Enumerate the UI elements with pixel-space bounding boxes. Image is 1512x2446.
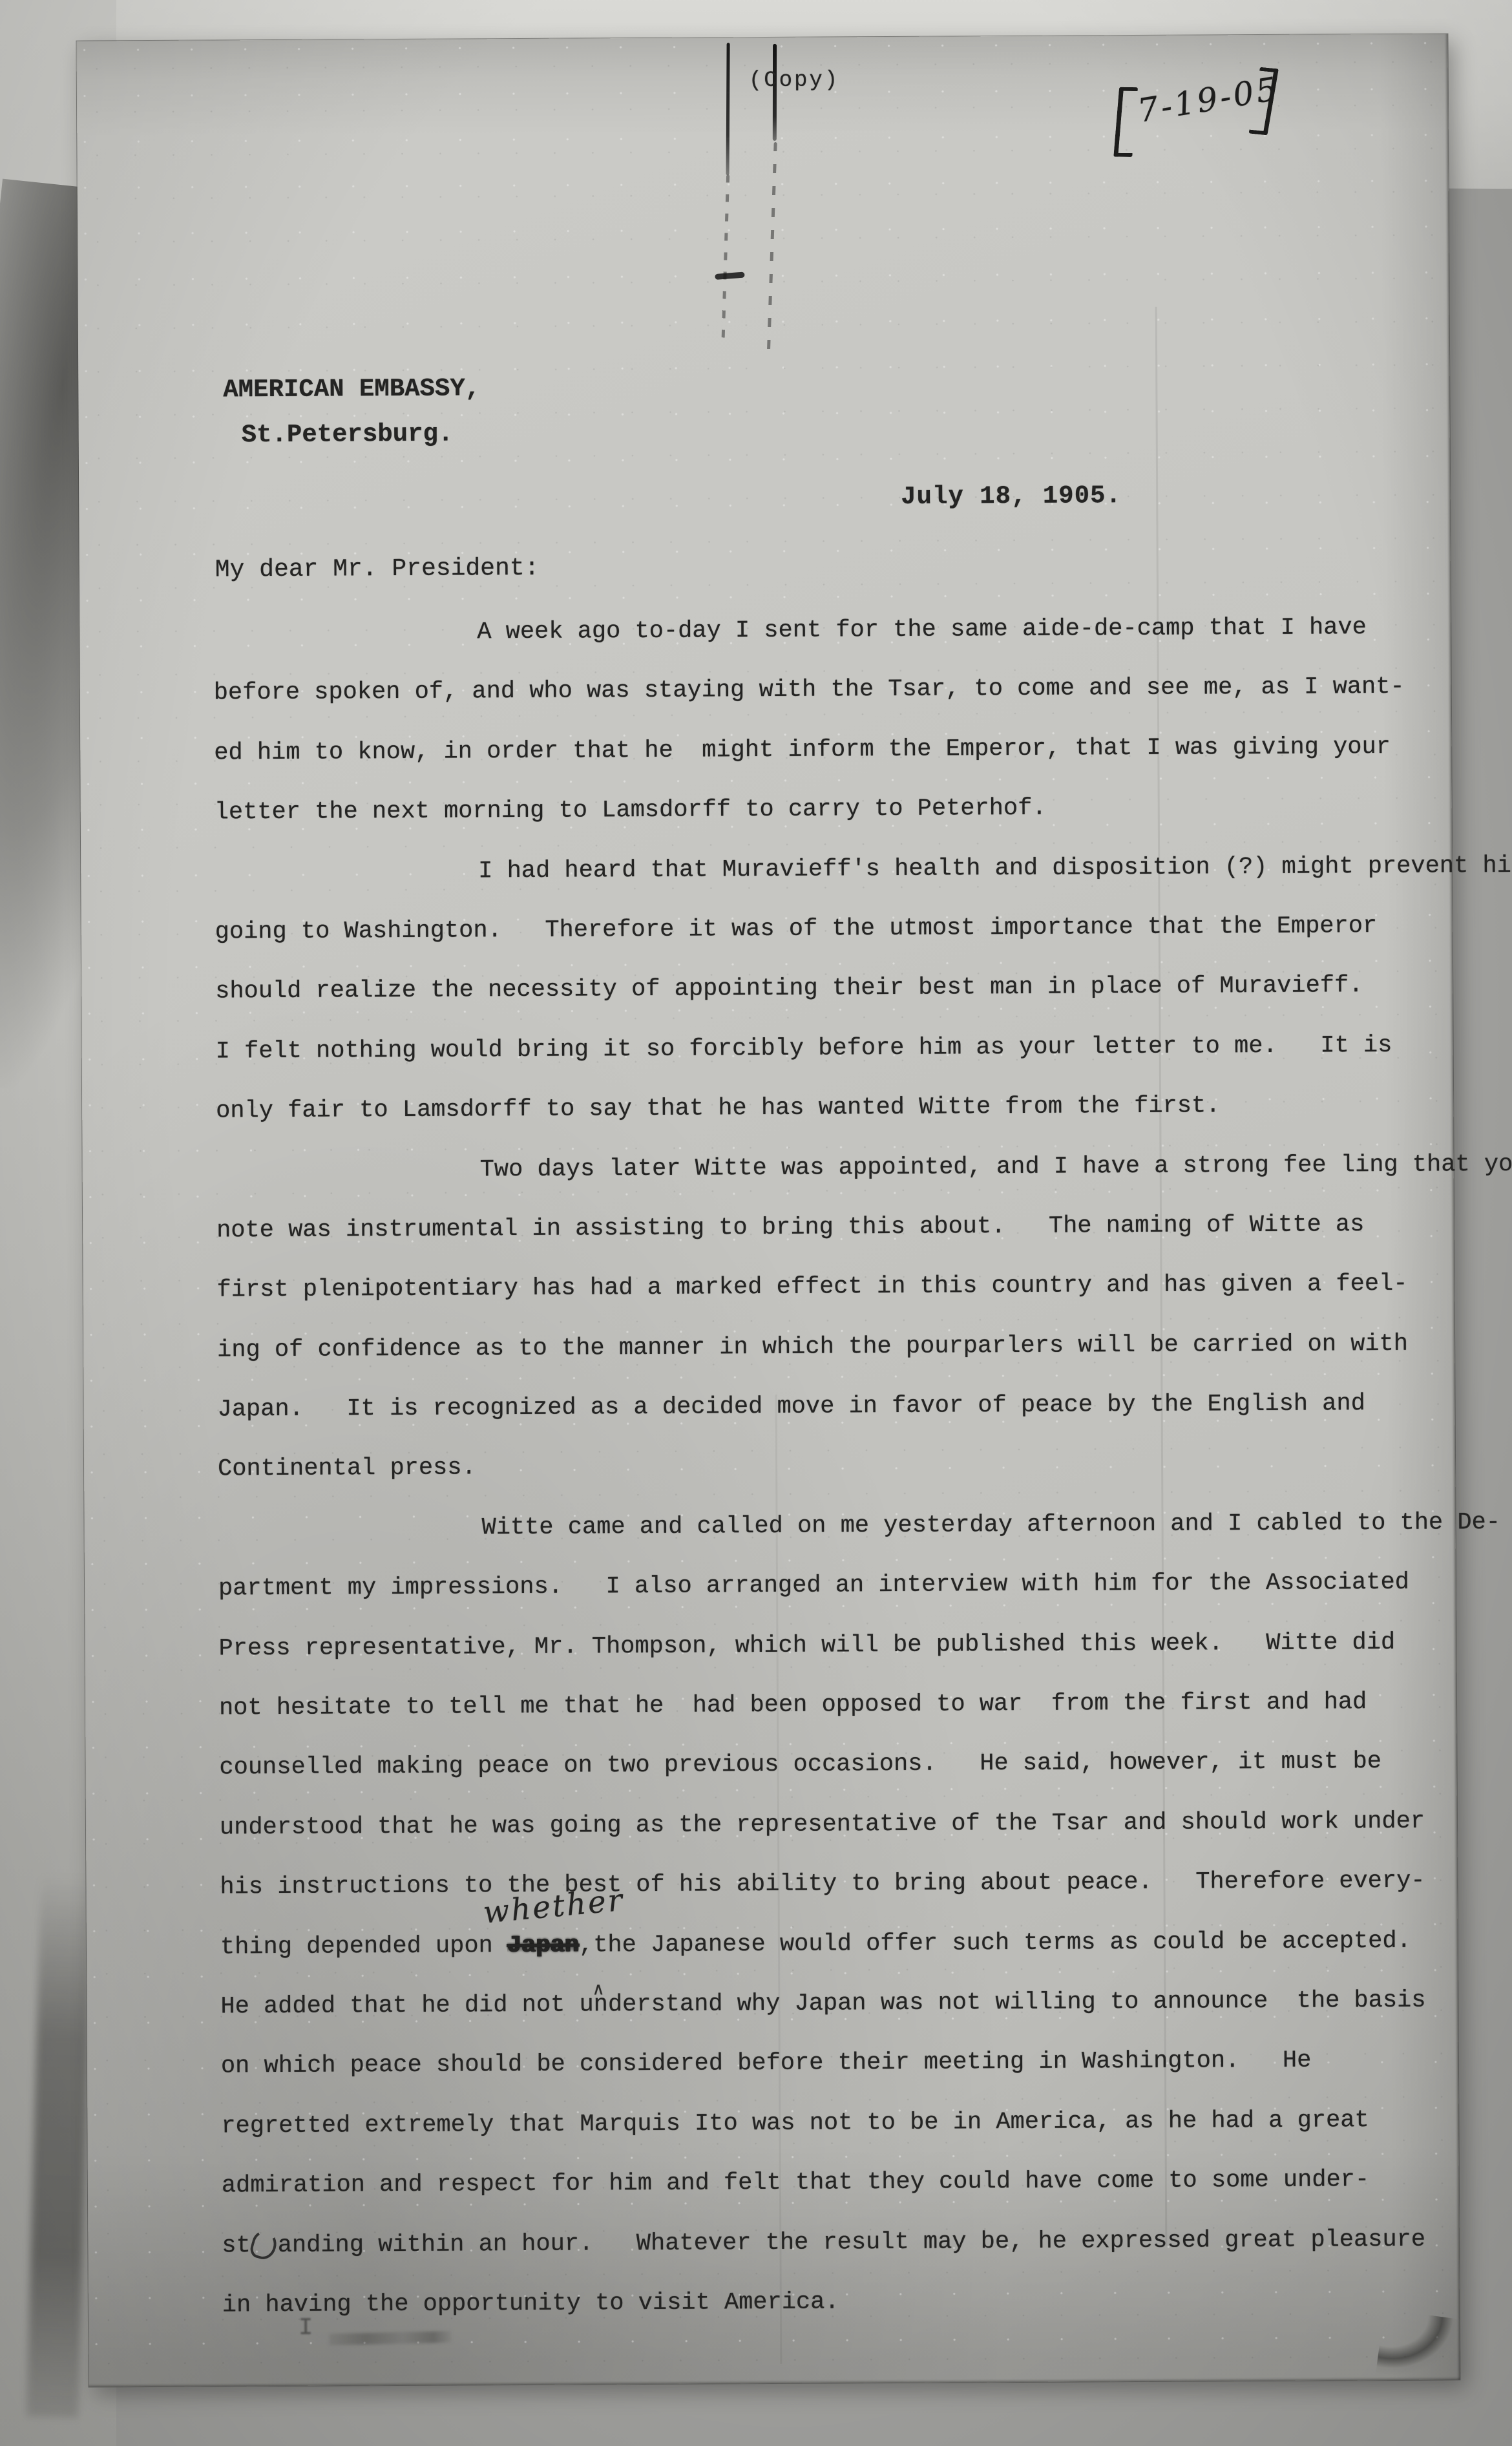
letter-line: should realize the necessity of appointi… — [215, 956, 1443, 1022]
letter-line: on which peace should be considered befo… — [221, 2030, 1449, 2096]
salutation: My dear Mr. President: — [215, 554, 540, 584]
letter-line: counselled making peace on two previous … — [219, 1732, 1447, 1798]
line-text: , — [579, 1932, 593, 1959]
footer-smudge — [329, 2331, 452, 2345]
letter-line: Japan. It is recognized as a decided mov… — [217, 1374, 1445, 1440]
letter-line: note was instrumental in assisting to br… — [216, 1194, 1444, 1260]
letter-line: going to Washington. Therefore it was of… — [215, 896, 1442, 962]
line-text: thing depended upon — [220, 1932, 507, 1961]
line-text: st — [222, 2232, 251, 2259]
letter-line: admiration and respect for him and felt … — [222, 2150, 1449, 2216]
ink-streak — [767, 142, 777, 355]
ink-dash-mark — [715, 272, 745, 280]
letter-body: A week ago to-day I sent for the same ai… — [213, 598, 1450, 2335]
letterhead: AMERICAN EMBASSY,St.Petersburg. — [223, 366, 481, 458]
letter-line: He added that he did not understand why … — [220, 1970, 1448, 2036]
letter-line: letter the next morning to Lamsdorff to … — [215, 777, 1442, 843]
letter-line: Two days later Witte was appointed, and … — [216, 1135, 1444, 1201]
date-line: July 18, 1905. — [901, 481, 1122, 511]
letterhead-city: St.Petersburg. — [224, 420, 454, 450]
handwritten-filing-note: 7-19-05 — [1114, 67, 1280, 160]
letter-line: thing depended upon Japan,whether∧the Ja… — [220, 1911, 1448, 1977]
letter-paper: (Copy) 7-19-05 AMERICAN EMBASSY,St.Peter… — [77, 34, 1460, 2387]
letter-line: partment my impressions. I also arranged… — [218, 1553, 1446, 1619]
line-text: anding within an hour. Whatever the resu… — [278, 2226, 1425, 2259]
letter-line: A week ago to-day I sent for the same ai… — [213, 598, 1441, 664]
handwritten-bracket-left-icon — [1113, 87, 1138, 157]
letter-line: regretted extremely that Marquis Ito was… — [221, 2090, 1449, 2156]
line-text: the Japanese would offer such terms as c… — [593, 1927, 1411, 1959]
caret-mark: ∧ — [593, 1981, 605, 1998]
letter-line: his instructions to the best of his abil… — [220, 1851, 1447, 1917]
letter-line: ing of confidence as to the manner in wh… — [217, 1314, 1445, 1380]
letter-line: Continental press. — [218, 1433, 1445, 1499]
footer-fragment: I — [299, 2315, 313, 2342]
letter-line: standing within an hour. Whatever the re… — [222, 2209, 1449, 2275]
letter-line: I had heard that Muravieff's health and … — [215, 836, 1442, 902]
letter-line: before spoken of, and who was staying wi… — [214, 657, 1442, 723]
ink-streak — [726, 43, 730, 175]
letterhead-org: AMERICAN EMBASSY, — [223, 374, 480, 404]
letter-line: Witte came and called on me yesterday af… — [218, 1493, 1445, 1559]
letter-line: not hesitate to tell me that he had been… — [219, 1672, 1447, 1738]
letter-line: Press representative, Mr. Thompson, whic… — [218, 1612, 1446, 1678]
letter-line: only fair to Lamsdorff to say that he ha… — [216, 1075, 1444, 1141]
letter-line: understood that he was going as the repr… — [220, 1791, 1447, 1857]
letter-line: first plenipotentiary has had a marked e… — [216, 1254, 1444, 1320]
handwritten-loop-mark — [249, 2228, 280, 2262]
document-photo: (Copy) 7-19-05 AMERICAN EMBASSY,St.Peter… — [0, 0, 1512, 2446]
letter-line: in having the opportunity to visit Ameri… — [222, 2269, 1450, 2335]
copy-label: (Copy) — [749, 68, 840, 93]
ink-streak — [721, 174, 730, 343]
letter-line: ed him to know, in order that he might i… — [214, 717, 1442, 783]
letter-line: I felt nothing would bring it so forcibl… — [215, 1015, 1443, 1081]
